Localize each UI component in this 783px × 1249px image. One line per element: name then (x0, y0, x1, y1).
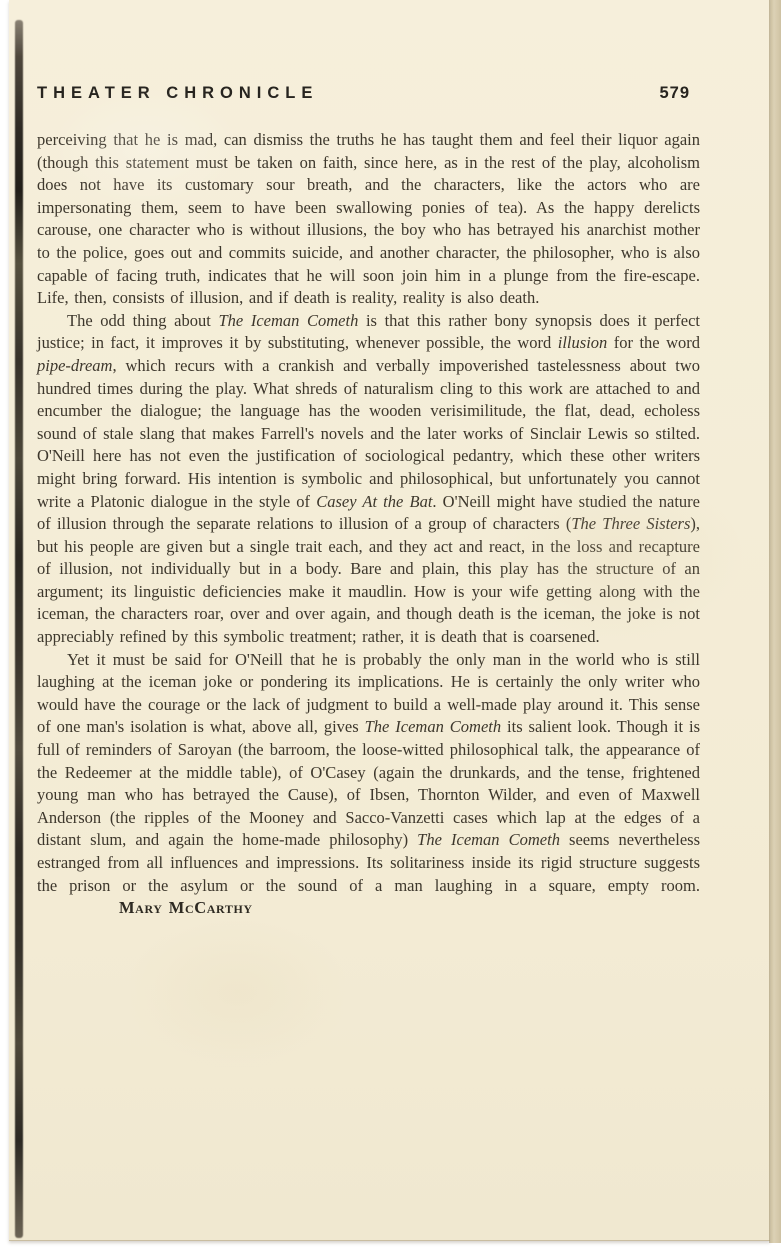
page: THEATER CHRONICLE 579 perceiving that he… (9, 0, 770, 1241)
italic-title-text: Casey At the Bat (316, 492, 432, 511)
italic-title-text: The Iceman Cometh (417, 830, 560, 849)
text-run: The odd thing about (67, 311, 218, 330)
page-content: THEATER CHRONICLE 579 perceiving that he… (37, 0, 700, 920)
text-run: perceiving that he is mad, can dismiss t… (37, 130, 700, 307)
text-run: ), but his people are given but a single… (37, 514, 700, 646)
author-signature: Mary McCarthy (89, 897, 253, 920)
italic-title-text: The Iceman Cometh (365, 717, 502, 736)
paragraph: The odd thing about The Iceman Cometh is… (37, 310, 700, 649)
running-head: THEATER CHRONICLE 579 (37, 0, 700, 103)
italic-title-text: illusion (558, 333, 608, 352)
book-page-scan: THEATER CHRONICLE 579 perceiving that he… (0, 0, 783, 1249)
paragraph: Yet it must be said for O'Neill that he … (37, 649, 700, 920)
italic-title-text: The Iceman Cometh (218, 311, 358, 330)
text-run: , which recurs with a crankish and verba… (37, 356, 700, 511)
page-number: 579 (659, 84, 700, 103)
spine-gutter-shadow (15, 20, 23, 1238)
section-title: THEATER CHRONICLE (37, 84, 318, 103)
paragraph: perceiving that he is mad, can dismiss t… (37, 129, 700, 310)
text-run: for the word (607, 333, 700, 352)
adjacent-pages-edge (769, 0, 781, 1243)
italic-title-text: pipe-dream (37, 356, 112, 375)
italic-title-text: The Three Sisters (571, 514, 690, 533)
article-body: perceiving that he is mad, can dismiss t… (37, 129, 700, 920)
